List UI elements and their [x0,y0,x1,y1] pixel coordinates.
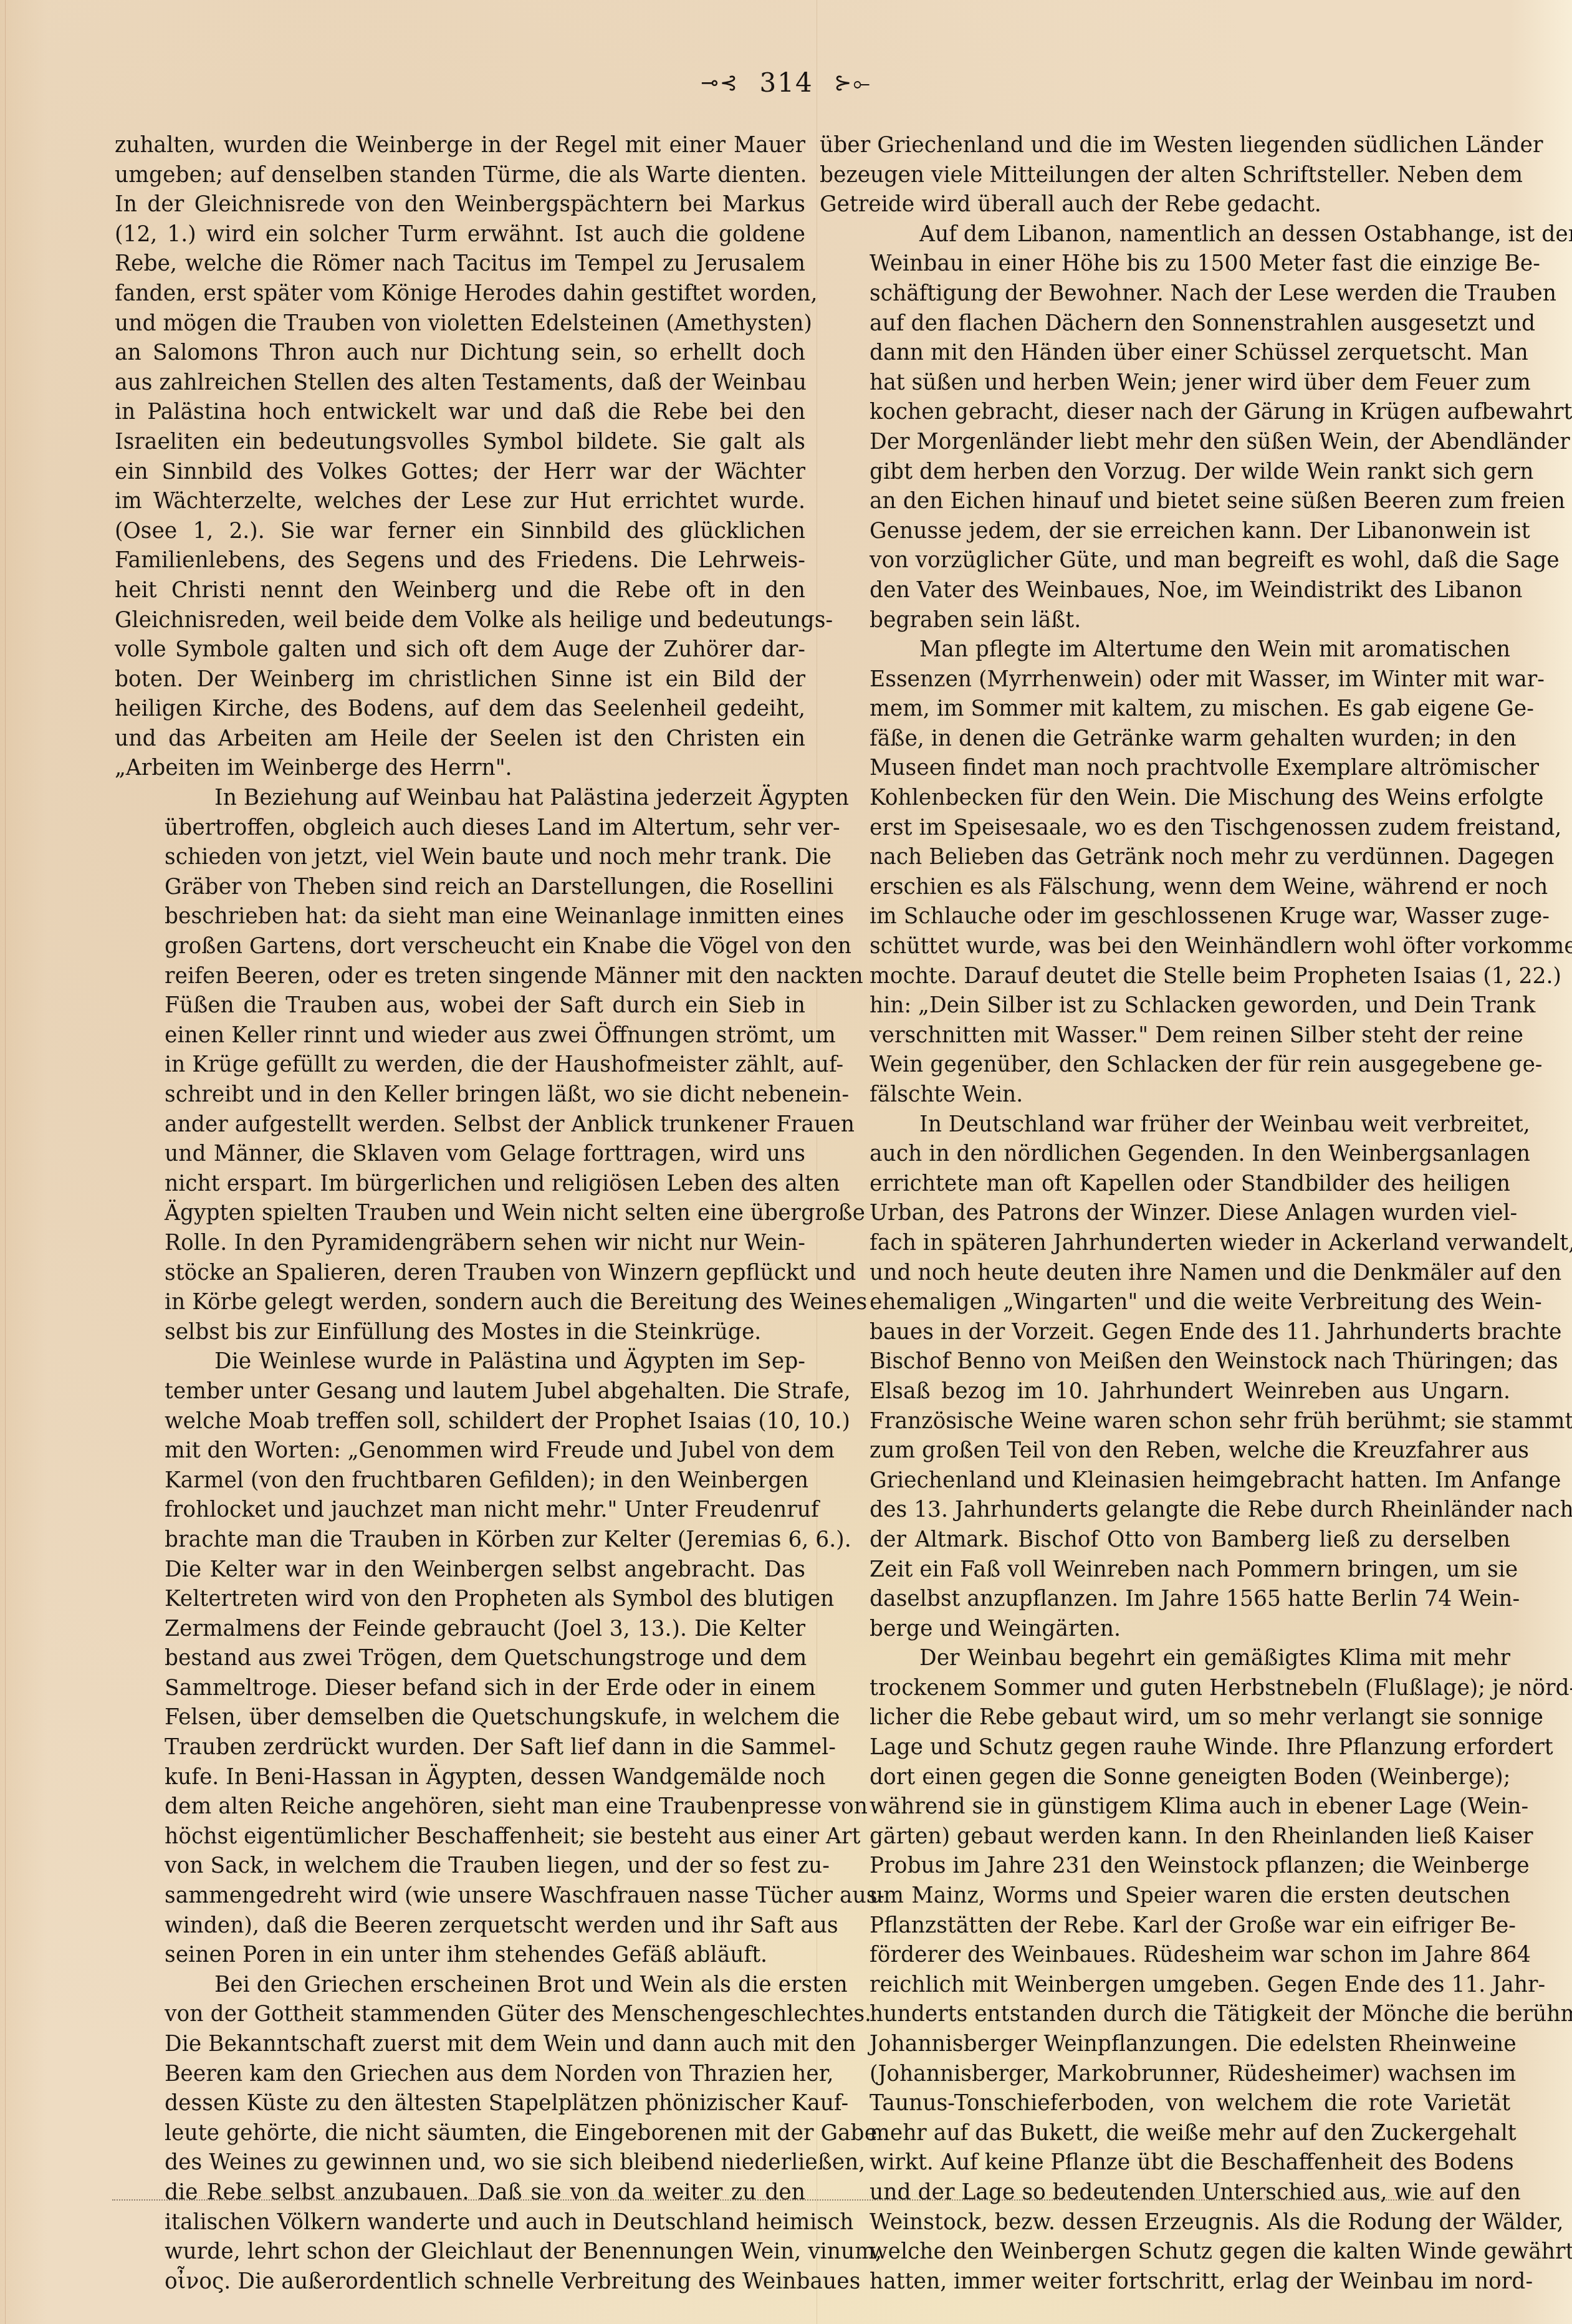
left-column: zuhalten, wurden die Weinberge in der Re… [115,131,805,2297]
text-line: Genusse jedem, der sie erreichen kann. D… [820,517,1510,547]
text-line: brachte man die Trauben in Körben zur Ke… [115,1525,805,1555]
text-line: seinen Poren in ein unter ihm stehendes … [115,1941,805,1971]
text-line: Wein gegenüber, den Schlacken der für re… [820,1050,1510,1080]
text-line: mit den Worten: „Genommen wird Freude un… [115,1436,805,1466]
page-margin-stain [5,0,6,2324]
text-line: kufe. In Beni-Hassan in Ägypten, dessen … [115,1763,805,1793]
text-line: an den Eichen hinauf und bietet seine sü… [820,487,1510,517]
text-line: οἶνος. Die außerordentlich schnelle Verb… [115,2267,805,2297]
text-line: In Deutschland war früher der Weinbau we… [820,1110,1510,1140]
text-line: Bei den Griechen erscheinen Brot und Wei… [115,1971,805,2000]
text-line: und mögen die Trauben von violetten Edel… [115,309,805,339]
text-line: von der Gottheit stammenden Güter des Me… [115,2000,805,2030]
text-line: nach Belieben das Getränk noch mehr zu v… [820,843,1510,873]
text-line: Kohlenbecken für den Wein. Die Mischung … [820,784,1510,814]
text-line: Gleichnisreden, weil beide dem Volke als… [115,606,805,636]
text-line: welche Moab treffen soll, schildert der … [115,1407,805,1437]
text-line: Füßen die Trauben aus, wobei der Saft du… [115,991,805,1021]
text-line: licher die Rebe gebaut wird, um so mehr … [820,1703,1510,1733]
text-line: von Sack, in welchem die Trauben liegen,… [115,1851,805,1881]
text-line: Zermalmens der Feinde gebraucht (Joel 3,… [115,1615,805,1645]
paragraph: zuhalten, wurden die Weinberge in der Re… [115,131,805,784]
text-line: und noch heute deuten ihre Namen und die… [820,1259,1510,1289]
text-line: Keltertreten wird von den Propheten als … [115,1585,805,1615]
text-line: kochen gebracht, dieser nach der Gärung … [820,398,1510,428]
text-line: großen Gartens, dort verscheucht ein Kna… [115,932,805,962]
paragraph: Auf dem Libanon, namentlich an dessen Os… [820,220,1510,635]
text-line: Bischof Benno von Meißen den Weinstock n… [820,1347,1510,1377]
text-line: Johannisberger Weinpflanzungen. Die edel… [820,2030,1510,2060]
text-line: fäße, in denen die Getränke warm gehalte… [820,724,1510,754]
page-number: 314 [760,67,813,98]
text-line: Die Kelter war in den Weinbergen selbst … [115,1555,805,1585]
text-line: volle Symbole galten und sich oft dem Au… [115,635,805,665]
text-line: berge und Weingärten. [820,1615,1510,1645]
text-line: mem, im Sommer mit kaltem, zu mischen. E… [820,694,1510,724]
text-line: Probus im Jahre 231 den Weinstock pflanz… [820,1851,1510,1881]
paragraph: über Griechenland und die im Westen lieg… [820,131,1510,220]
text-line: im Wächterzelte, welches der Lese zur Hu… [115,487,805,517]
text-line: ander aufgestellt werden. Selbst der Anb… [115,1110,805,1140]
text-line: wirkt. Auf keine Pflanze übt die Beschaf… [820,2148,1510,2178]
text-line: Essenzen (Myrrhenwein) oder mit Wasser, … [820,665,1510,695]
text-line: Trauben zerdrückt wurden. Der Saft lief … [115,1733,805,1763]
paragraph: In Deutschland war früher der Weinbau we… [820,1110,1510,1645]
text-line: sammengedreht wird (wie unsere Waschfrau… [115,1881,805,1911]
text-line: Rebe, welche die Römer nach Tacitus im T… [115,249,805,279]
text-line: Felsen, über demselben die Quetschungsku… [115,1703,805,1733]
text-line: boten. Der Weinberg im christlichen Sinn… [115,665,805,695]
text-line: im Schlauche oder im geschlossenen Kruge… [820,902,1510,932]
text-line: dessen Küste zu den ältesten Stapelplätz… [115,2089,805,2119]
text-line: schüttet wurde, was bei den Weinhändlern… [820,932,1510,962]
text-line: bestand aus zwei Trögen, dem Quetschungs… [115,1644,805,1674]
text-line: (12, 1.) wird ein solcher Turm erwähnt. … [115,220,805,250]
text-line: und der Lage so bedeutenden Unterschied … [820,2178,1510,2208]
text-line: Französische Weine waren schon sehr früh… [820,1407,1510,1437]
text-line: schäftigung der Bewohner. Nach der Lese … [820,279,1510,309]
text-line: errichtete man oft Kapellen oder Standbi… [820,1169,1510,1199]
text-line: Auf dem Libanon, namentlich an dessen Os… [820,220,1510,250]
text-line: beschrieben hat: da sieht man eine Weina… [115,902,805,932]
text-line: und das Arbeiten am Heile der Seelen ist… [115,724,805,754]
text-line: hatten, immer weiter fortschritt, erlag … [820,2267,1510,2297]
text-line: baues in der Vorzeit. Gegen Ende des 11.… [820,1318,1510,1348]
text-line: Ägypten spielten Trauben und Wein nicht … [115,1199,805,1229]
text-line: daselbst anzupflanzen. Im Jahre 1565 hat… [820,1585,1510,1615]
text-line: zum großen Teil von den Reben, welche di… [820,1436,1510,1466]
text-line: Weinstock, bezw. dessen Erzeugnis. Als d… [820,2208,1510,2238]
text-line: in Krüge gefüllt zu werden, die der Haus… [115,1050,805,1080]
text-line: hunderts entstanden durch die Tätigkeit … [820,2000,1510,2030]
text-line: Pflanzstätten der Rebe. Karl der Große w… [820,1911,1510,1941]
text-line: Man pflegte im Altertume den Wein mit ar… [820,635,1510,665]
paragraph: In Beziehung auf Weinbau hat Palästina j… [115,784,805,1347]
text-line: gibt dem herben den Vorzug. Der wilde We… [820,458,1510,487]
text-line: ehemaligen „Wingarten" und die weite Ver… [820,1288,1510,1318]
text-line: Lage und Schutz gegen rauhe Winde. Ihre … [820,1733,1510,1763]
text-line: fälschte Wein. [820,1080,1510,1110]
text-line: über Griechenland und die im Westen lieg… [820,131,1510,161]
text-line: Griechenland und Kleinasien heimgebracht… [820,1466,1510,1496]
text-line: reifen Beeren, oder es treten singende M… [115,962,805,992]
text-line: Karmel (von den fruchtbaren Gefilden); i… [115,1466,805,1496]
text-line: und Männer, die Sklaven vom Gelage fortt… [115,1140,805,1169]
text-line: bezeugen viele Mitteilungen der alten Sc… [820,161,1510,191]
paragraph: Bei den Griechen erscheinen Brot und Wei… [115,1971,805,2297]
text-line: frohlocket und jauchzet man nicht mehr."… [115,1496,805,1525]
text-line: dann mit den Händen über einer Schüssel … [820,339,1510,368]
text-line: übertroffen, obgleich auch dieses Land i… [115,814,805,843]
text-line: hat süßen und herben Wein; jener wird üb… [820,368,1510,398]
text-line: einen Keller rinnt und wieder aus zwei Ö… [115,1021,805,1051]
text-line: Sammeltroge. Dieser befand sich in der E… [115,1674,805,1704]
text-line: Elsaß bezog im 10. Jahrhundert Weinreben… [820,1377,1510,1407]
text-line: stöcke an Spalieren, deren Trauben von W… [115,1259,805,1289]
text-line: in Körbe gelegt werden, sondern auch die… [115,1288,805,1318]
text-line: nicht erspart. Im bürgerlichen und relig… [115,1169,805,1199]
text-line: heit Christi nennt den Weinberg und die … [115,576,805,606]
text-line: den Vater des Weinbaues, Noe, im Weindis… [820,576,1510,606]
text-line: fanden, erst später vom Könige Herodes d… [115,279,805,309]
text-line: dort einen gegen die Sonne geneigten Bod… [820,1763,1510,1793]
text-line: Die Bekanntschaft zuerst mit dem Wein un… [115,2030,805,2060]
text-line: tember unter Gesang und lautem Jubel abg… [115,1377,805,1407]
text-line: Urban, des Patrons der Winzer. Diese Anl… [820,1199,1510,1229]
text-line: Israeliten ein bedeutungsvolles Symbol b… [115,428,805,458]
text-line: auf den flachen Dächern den Sonnenstrahl… [820,309,1510,339]
text-line: verschnitten mit Wasser." Dem reinen Sil… [820,1021,1510,1051]
text-line: italischen Völkern wanderte und auch in … [115,2208,805,2238]
right-column: über Griechenland und die im Westen lieg… [820,131,1510,2297]
text-line: schieden von jetzt, viel Wein baute und … [115,843,805,873]
text-line: schreibt und in den Keller bringen läßt,… [115,1080,805,1110]
ornament-left-icon: ⊸⊰ [701,70,739,95]
text-line: die Rebe selbst anzubauen. Daß sie von d… [115,2178,805,2208]
text-line: Rolle. In den Pyramidengräbern sehen wir… [115,1229,805,1259]
text-line: während sie in günstigem Klima auch in e… [820,1792,1510,1822]
text-line: welche den Weinbergen Schutz gegen die k… [820,2237,1510,2267]
paragraph: Man pflegte im Altertume den Wein mit ar… [820,635,1510,1110]
text-line: wurde, lehrt schon der Gleichlaut der Be… [115,2237,805,2267]
text-line: trockenem Sommer und guten Herbstnebeln … [820,1674,1510,1704]
text-line: Museen findet man noch prachtvolle Exemp… [820,754,1510,784]
text-line: begraben sein läßt. [820,606,1510,636]
text-line: des 13. Jahrhunderts gelangte die Rebe d… [820,1496,1510,1525]
text-line: In der Gleichnisrede von den Weinbergspä… [115,190,805,220]
text-line: erst im Speisesaale, wo es den Tischgeno… [820,814,1510,843]
text-line: selbst bis zur Einfüllung des Mostes in … [115,1318,805,1348]
text-line: Gräber von Theben sind reich an Darstell… [115,873,805,903]
text-line: förderer des Weinbaues. Rüdesheim war sc… [820,1941,1510,1971]
text-line: auch in den nördlichen Gegenden. In den … [820,1140,1510,1169]
text-line: Der Morgenländer liebt mehr den süßen We… [820,428,1510,458]
text-line: reichlich mit Weinbergen umgeben. Gegen … [820,1971,1510,2000]
text-line: mehr auf das Bukett, die weiße mehr auf … [820,2119,1510,2149]
footer-dotted-rule [112,2199,1434,2201]
text-line: Der Weinbau begehrt ein gemäßigtes Klima… [820,1644,1510,1674]
text-line: Beeren kam den Griechen aus dem Norden v… [115,2060,805,2090]
text-line: Zeit ein Faß voll Weinreben nach Pommern… [820,1555,1510,1585]
text-line: Getreide wird überall auch der Rebe geda… [820,190,1510,220]
text-line: aus zahlreichen Stellen des alten Testam… [115,368,805,398]
text-line: Familienlebens, des Segens und des Fried… [115,546,805,576]
page-header: ⊸⊰ 314 ⊱⟜ [0,67,1572,98]
text-line: Die Weinlese wurde in Palästina und Ägyp… [115,1347,805,1377]
text-line: (Johannisberger, Markobrunner, Rüdesheim… [820,2060,1510,2090]
paragraph: Die Weinlese wurde in Palästina und Ägyp… [115,1347,805,1970]
text-line: Weinbau in einer Höhe bis zu 1500 Meter … [820,249,1510,279]
text-line: umgeben; auf denselben standen Türme, di… [115,161,805,191]
text-line: fach in späteren Jahrhunderten wieder in… [820,1229,1510,1259]
text-line: höchst eigentümlicher Beschaffenheit; si… [115,1822,805,1852]
text-line: hin: „Dein Silber ist zu Schlacken gewor… [820,991,1510,1021]
text-line: des Weines zu gewinnen und, wo sie sich … [115,2148,805,2178]
text-line: in Palästina hoch entwickelt war und daß… [115,398,805,428]
text-line: In Beziehung auf Weinbau hat Palästina j… [115,784,805,814]
text-line: (Osee 1, 2.). Sie war ferner ein Sinnbil… [115,517,805,547]
text-line: leute gehörte, die nicht säumten, die Ei… [115,2119,805,2149]
text-line: an Salomons Thron auch nur Dichtung sein… [115,339,805,368]
text-line: von vorzüglicher Güte, und man begreift … [820,546,1510,576]
text-line: winden), daß die Beeren zerquetscht werd… [115,1911,805,1941]
text-line: erschien es als Fälschung, wenn dem Wein… [820,873,1510,903]
text-line: „Arbeiten im Weinberge des Herrn". [115,754,805,784]
text-line: dem alten Reiche angehören, sieht man ei… [115,1792,805,1822]
text-line: Taunus-Tonschieferboden, von welchem die… [820,2089,1510,2119]
ornament-right-icon: ⊱⟜ [834,70,871,95]
text-line: ein Sinnbild des Volkes Gottes; der Herr… [115,458,805,487]
text-line: mochte. Darauf deutet die Stelle beim Pr… [820,962,1510,992]
text-line: gärten) gebaut werden kann. In den Rhein… [820,1822,1510,1852]
text-line: heiligen Kirche, des Bodens, auf dem das… [115,694,805,724]
text-line: um Mainz, Worms und Speier waren die ers… [820,1881,1510,1911]
text-line: zuhalten, wurden die Weinberge in der Re… [115,131,805,161]
text-line: der Altmark. Bischof Otto von Bamberg li… [820,1525,1510,1555]
